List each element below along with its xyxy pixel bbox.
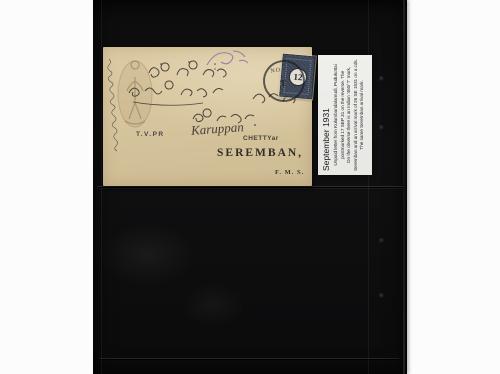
- purple-chop-mark: [207, 51, 248, 70]
- label-line: The same Seremban arrival mark.: [360, 58, 367, 172]
- tamil-script-left-margin: [108, 59, 118, 151]
- postal-cover-envelope: 12 NO T T.V.PR Karuppan CHETTYar SEREMBA…: [103, 47, 312, 186]
- binding-hole: [379, 76, 384, 81]
- binding-hole: [379, 238, 384, 243]
- description-label: September 1931 Unpaid letter from Kulumb…: [318, 55, 372, 175]
- binding-hole: [379, 293, 384, 298]
- photo-of-stockbook-page: 12 NO T T.V.PR Karuppan CHETTYar SEREMBA…: [0, 0, 500, 374]
- postmark-center-text: T: [280, 78, 287, 89]
- destination-country: F. M. S.: [275, 169, 304, 176]
- page-top-shadow: [93, 0, 407, 8]
- label-line: On the obverse there is an Indian '460/ …: [347, 58, 354, 172]
- postmark-top-text: NO: [270, 67, 281, 74]
- destination-city: SEREMBAN,: [217, 147, 303, 159]
- page-right-edge-highlight: [403, 0, 405, 374]
- addressee-prefix: T.V.PR: [136, 131, 165, 138]
- binding-hole: [379, 125, 384, 130]
- addressee-surname: CHETTYar: [243, 135, 279, 142]
- label-heading: September 1931: [321, 58, 331, 171]
- label-line: Unpaid letter from Kulumbandalamudi, Pud…: [334, 58, 341, 172]
- deity-illustration: [118, 61, 152, 127]
- page-bottom-frame-line: [99, 358, 399, 360]
- pocket-strip-edge: [97, 186, 403, 189]
